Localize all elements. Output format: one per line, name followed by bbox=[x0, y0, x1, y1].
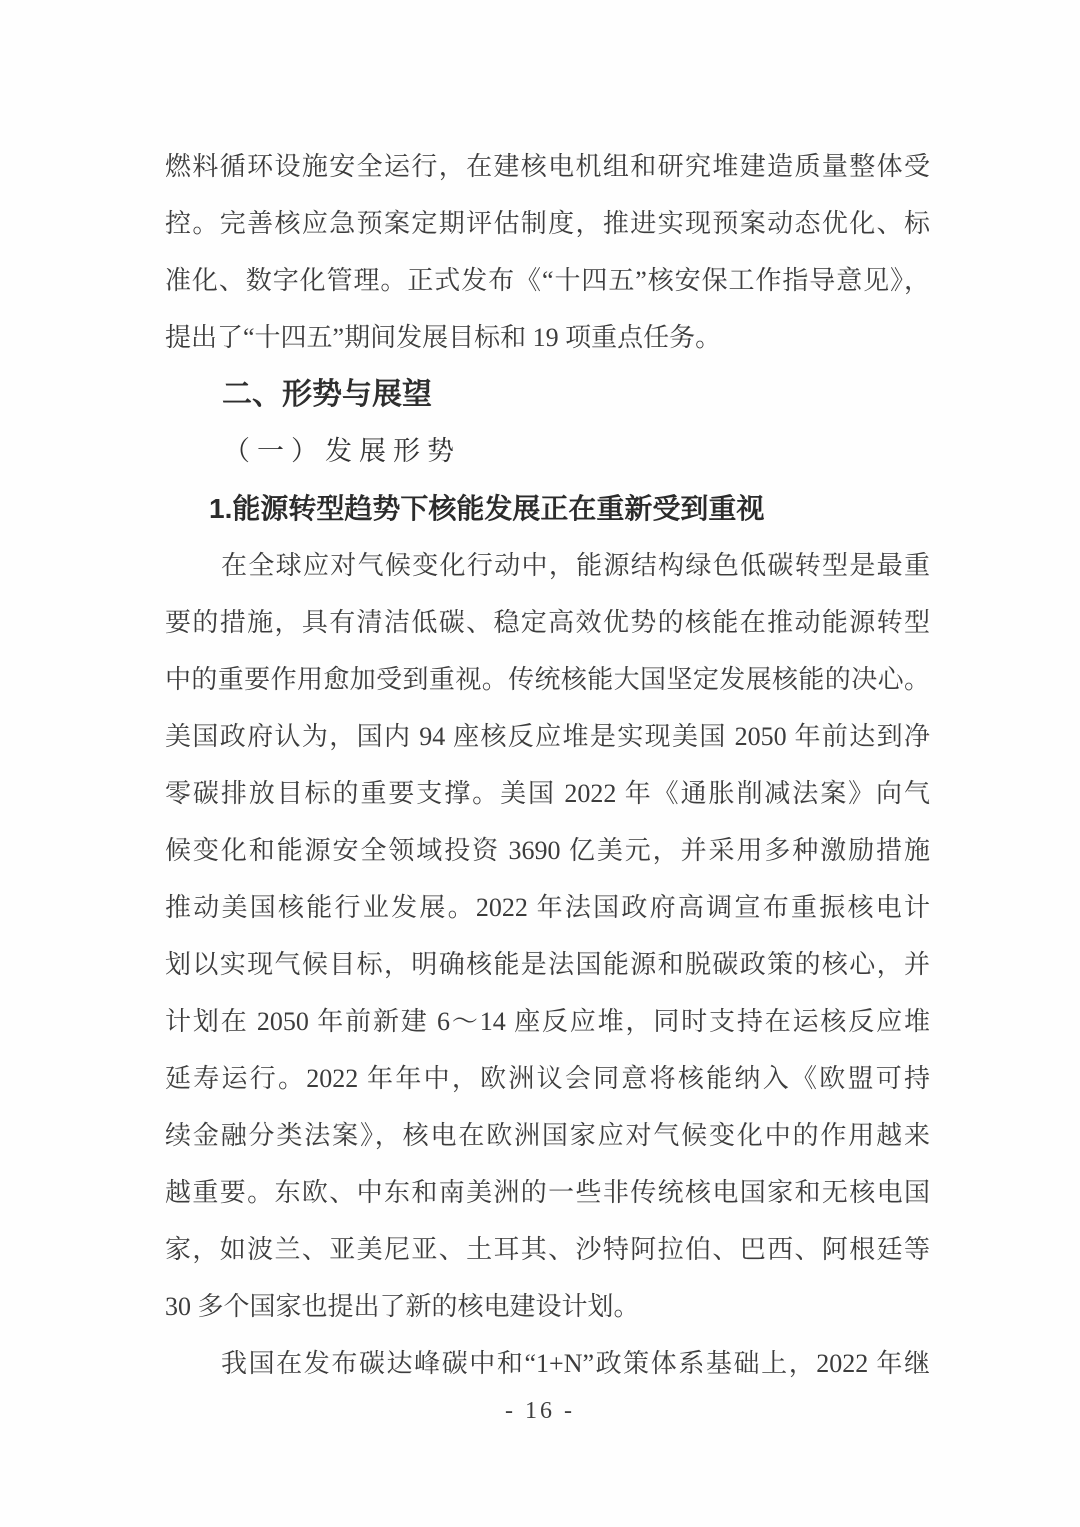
body-line: 续金融分类法案》，核电在欧洲国家应对气候变化中的作用越来 bbox=[165, 1107, 930, 1164]
body-line: 计划在 2050 年前新建 6～14 座反应堆，同时支持在运核反应堆 bbox=[165, 993, 930, 1050]
body-line: 中的重要作用愈加受到重视。传统核能大国坚定发展核能的决心。 bbox=[165, 651, 930, 708]
body-line: 零碳排放目标的重要支撑。美国 2022 年《通胀削减法案》向气 bbox=[165, 765, 930, 822]
body-line: 美国政府认为，国内 94 座核反应堆是实现美国 2050 年前达到净 bbox=[165, 708, 930, 765]
body-line: 家，如波兰、亚美尼亚、土耳其、沙特阿拉伯、巴西、阿根廷等 bbox=[165, 1221, 930, 1278]
subsection-heading: （一）发展形势 bbox=[165, 423, 930, 480]
numbered-heading: 1.能源转型趋势下核能发展正在重新受到重视 bbox=[165, 480, 930, 537]
body-line: 控。完善核应急预案定期评估制度，推进实现预案动态优化、标 bbox=[165, 195, 930, 252]
body-line: 划以实现气候目标，明确核能是法国能源和脱碳政策的核心，并 bbox=[165, 936, 930, 993]
section-heading: 二、形势与展望 bbox=[165, 366, 930, 423]
body-line: 燃料循环设施安全运行，在建核电机组和研究堆建造质量整体受 bbox=[165, 138, 930, 195]
body-line: 提出了“十四五”期间发展目标和 19 项重点任务。 bbox=[165, 309, 930, 366]
body-line: 延寿运行。2022 年年中，欧洲议会同意将核能纳入《欧盟可持 bbox=[165, 1050, 930, 1107]
body-line: 我国在发布碳达峰碳中和“1+N”政策体系基础上，2022 年继 bbox=[165, 1335, 930, 1392]
document-page: 燃料循环设施安全运行，在建核电机组和研究堆建造质量整体受 控。完善核应急预案定期… bbox=[0, 0, 1080, 1527]
page-number: - 16 - bbox=[0, 1396, 1080, 1426]
body-line: 推动美国核能行业发展。2022 年法国政府高调宣布重振核电计 bbox=[165, 879, 930, 936]
body-line: 准化、数字化管理。正式发布《“十四五”核安保工作指导意见》， bbox=[165, 252, 930, 309]
body-line: 30 多个国家也提出了新的核电建设计划。 bbox=[165, 1278, 930, 1335]
body-line: 在全球应对气候变化行动中，能源结构绿色低碳转型是最重 bbox=[165, 537, 930, 594]
body-line: 越重要。东欧、中东和南美洲的一些非传统核电国家和无核电国 bbox=[165, 1164, 930, 1221]
text-block: 燃料循环设施安全运行，在建核电机组和研究堆建造质量整体受 控。完善核应急预案定期… bbox=[165, 138, 930, 1392]
body-line: 要的措施，具有清洁低碳、稳定高效优势的核能在推动能源转型 bbox=[165, 594, 930, 651]
body-line: 候变化和能源安全领域投资 3690 亿美元，并采用多种激励措施 bbox=[165, 822, 930, 879]
